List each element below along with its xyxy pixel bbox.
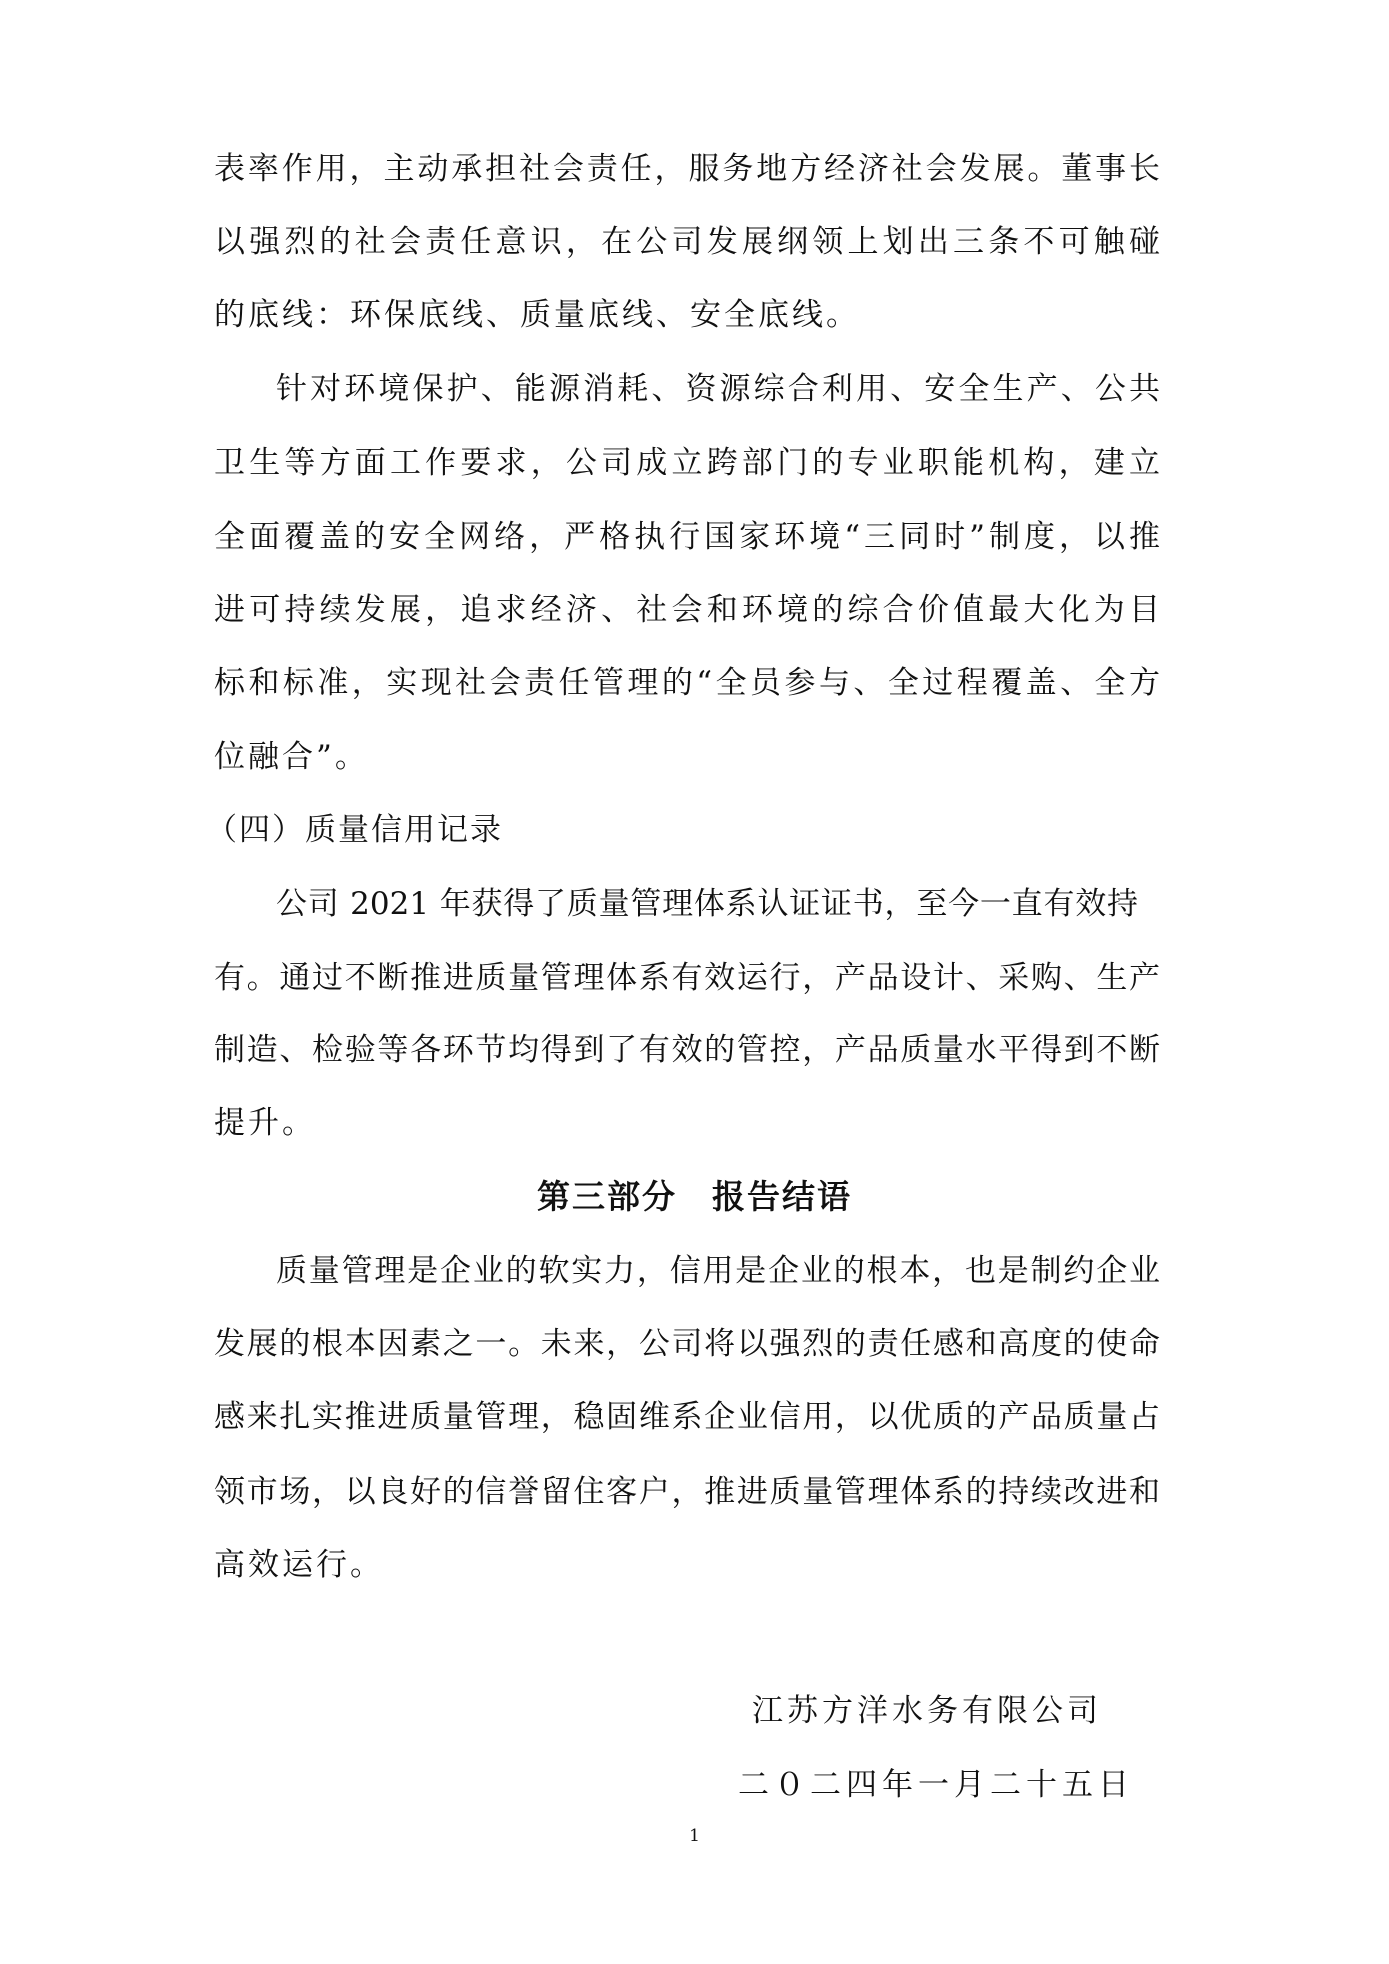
paragraph-3-line-4: 提升。 bbox=[214, 1103, 1160, 1143]
paragraph-3-line-3: 制造、检验等各环节均得到了有效的管控，产品质量水平得到不断 bbox=[214, 1030, 1160, 1070]
paragraph-3-line-2: 有。通过不断推进质量管理体系有效运行，产品设计、采购、生产 bbox=[214, 958, 1160, 998]
page-number: 1 bbox=[0, 1826, 1389, 1846]
paragraph-4-line-2: 发展的根本因素之一。未来，公司将以强烈的责任感和高度的使命 bbox=[214, 1324, 1160, 1364]
paragraph-1-line-1: 表率作用，主动承担社会责任，服务地方经济社会发展。董事长 bbox=[214, 149, 1160, 189]
paragraph-4-line-4: 领市场，以良好的信誉留住客户，推进质量管理体系的持续改进和 bbox=[214, 1472, 1160, 1512]
paragraph-2-line-6: 位融合”。 bbox=[214, 737, 1160, 777]
paragraph-1-line-2: 以强烈的社会责任意识，在公司发展纲领上划出三条不可触碰 bbox=[214, 222, 1160, 262]
section-heading: 第三部分 报告结语 bbox=[0, 1175, 1389, 1219]
paragraph-2-line-2: 卫生等方面工作要求，公司成立跨部门的专业职能机构，建立 bbox=[214, 443, 1160, 483]
signature-date: 二０二四年一月二十五日 bbox=[738, 1765, 1134, 1805]
paragraph-4-line-1: 质量管理是企业的软实力，信用是企业的根本，也是制约企业 bbox=[276, 1251, 1160, 1291]
paragraph-3-line-1: 公司 2021 年获得了质量管理体系认证证书，至今一直有效持 bbox=[276, 884, 1138, 924]
paragraph-2-line-5: 标和标准，实现社会责任管理的“全员参与、全过程覆盖、全方 bbox=[214, 663, 1160, 703]
paragraph-4-line-5: 高效运行。 bbox=[214, 1545, 1160, 1585]
paragraph-1-line-3: 的底线：环保底线、质量底线、安全底线。 bbox=[214, 295, 1160, 335]
document-page: 表率作用，主动承担社会责任，服务地方经济社会发展。董事长 以强烈的社会责任意识，… bbox=[0, 0, 1389, 1964]
paragraph-2-line-4: 进可持续发展，追求经济、社会和环境的综合价值最大化为目 bbox=[214, 590, 1160, 630]
paragraph-2-line-1: 针对环境保护、能源消耗、资源综合利用、安全生产、公共 bbox=[276, 369, 1160, 409]
paragraph-4-line-3: 感来扎实推进质量管理，稳固维系企业信用，以优质的产品质量占 bbox=[214, 1397, 1160, 1437]
paragraph-2-line-3: 全面覆盖的安全网络，严格执行国家环境“三同时”制度，以推 bbox=[214, 517, 1160, 557]
subsection-heading: （四）质量信用记录 bbox=[206, 810, 503, 850]
signature-company: 江苏方洋水务有限公司 bbox=[752, 1691, 1102, 1731]
